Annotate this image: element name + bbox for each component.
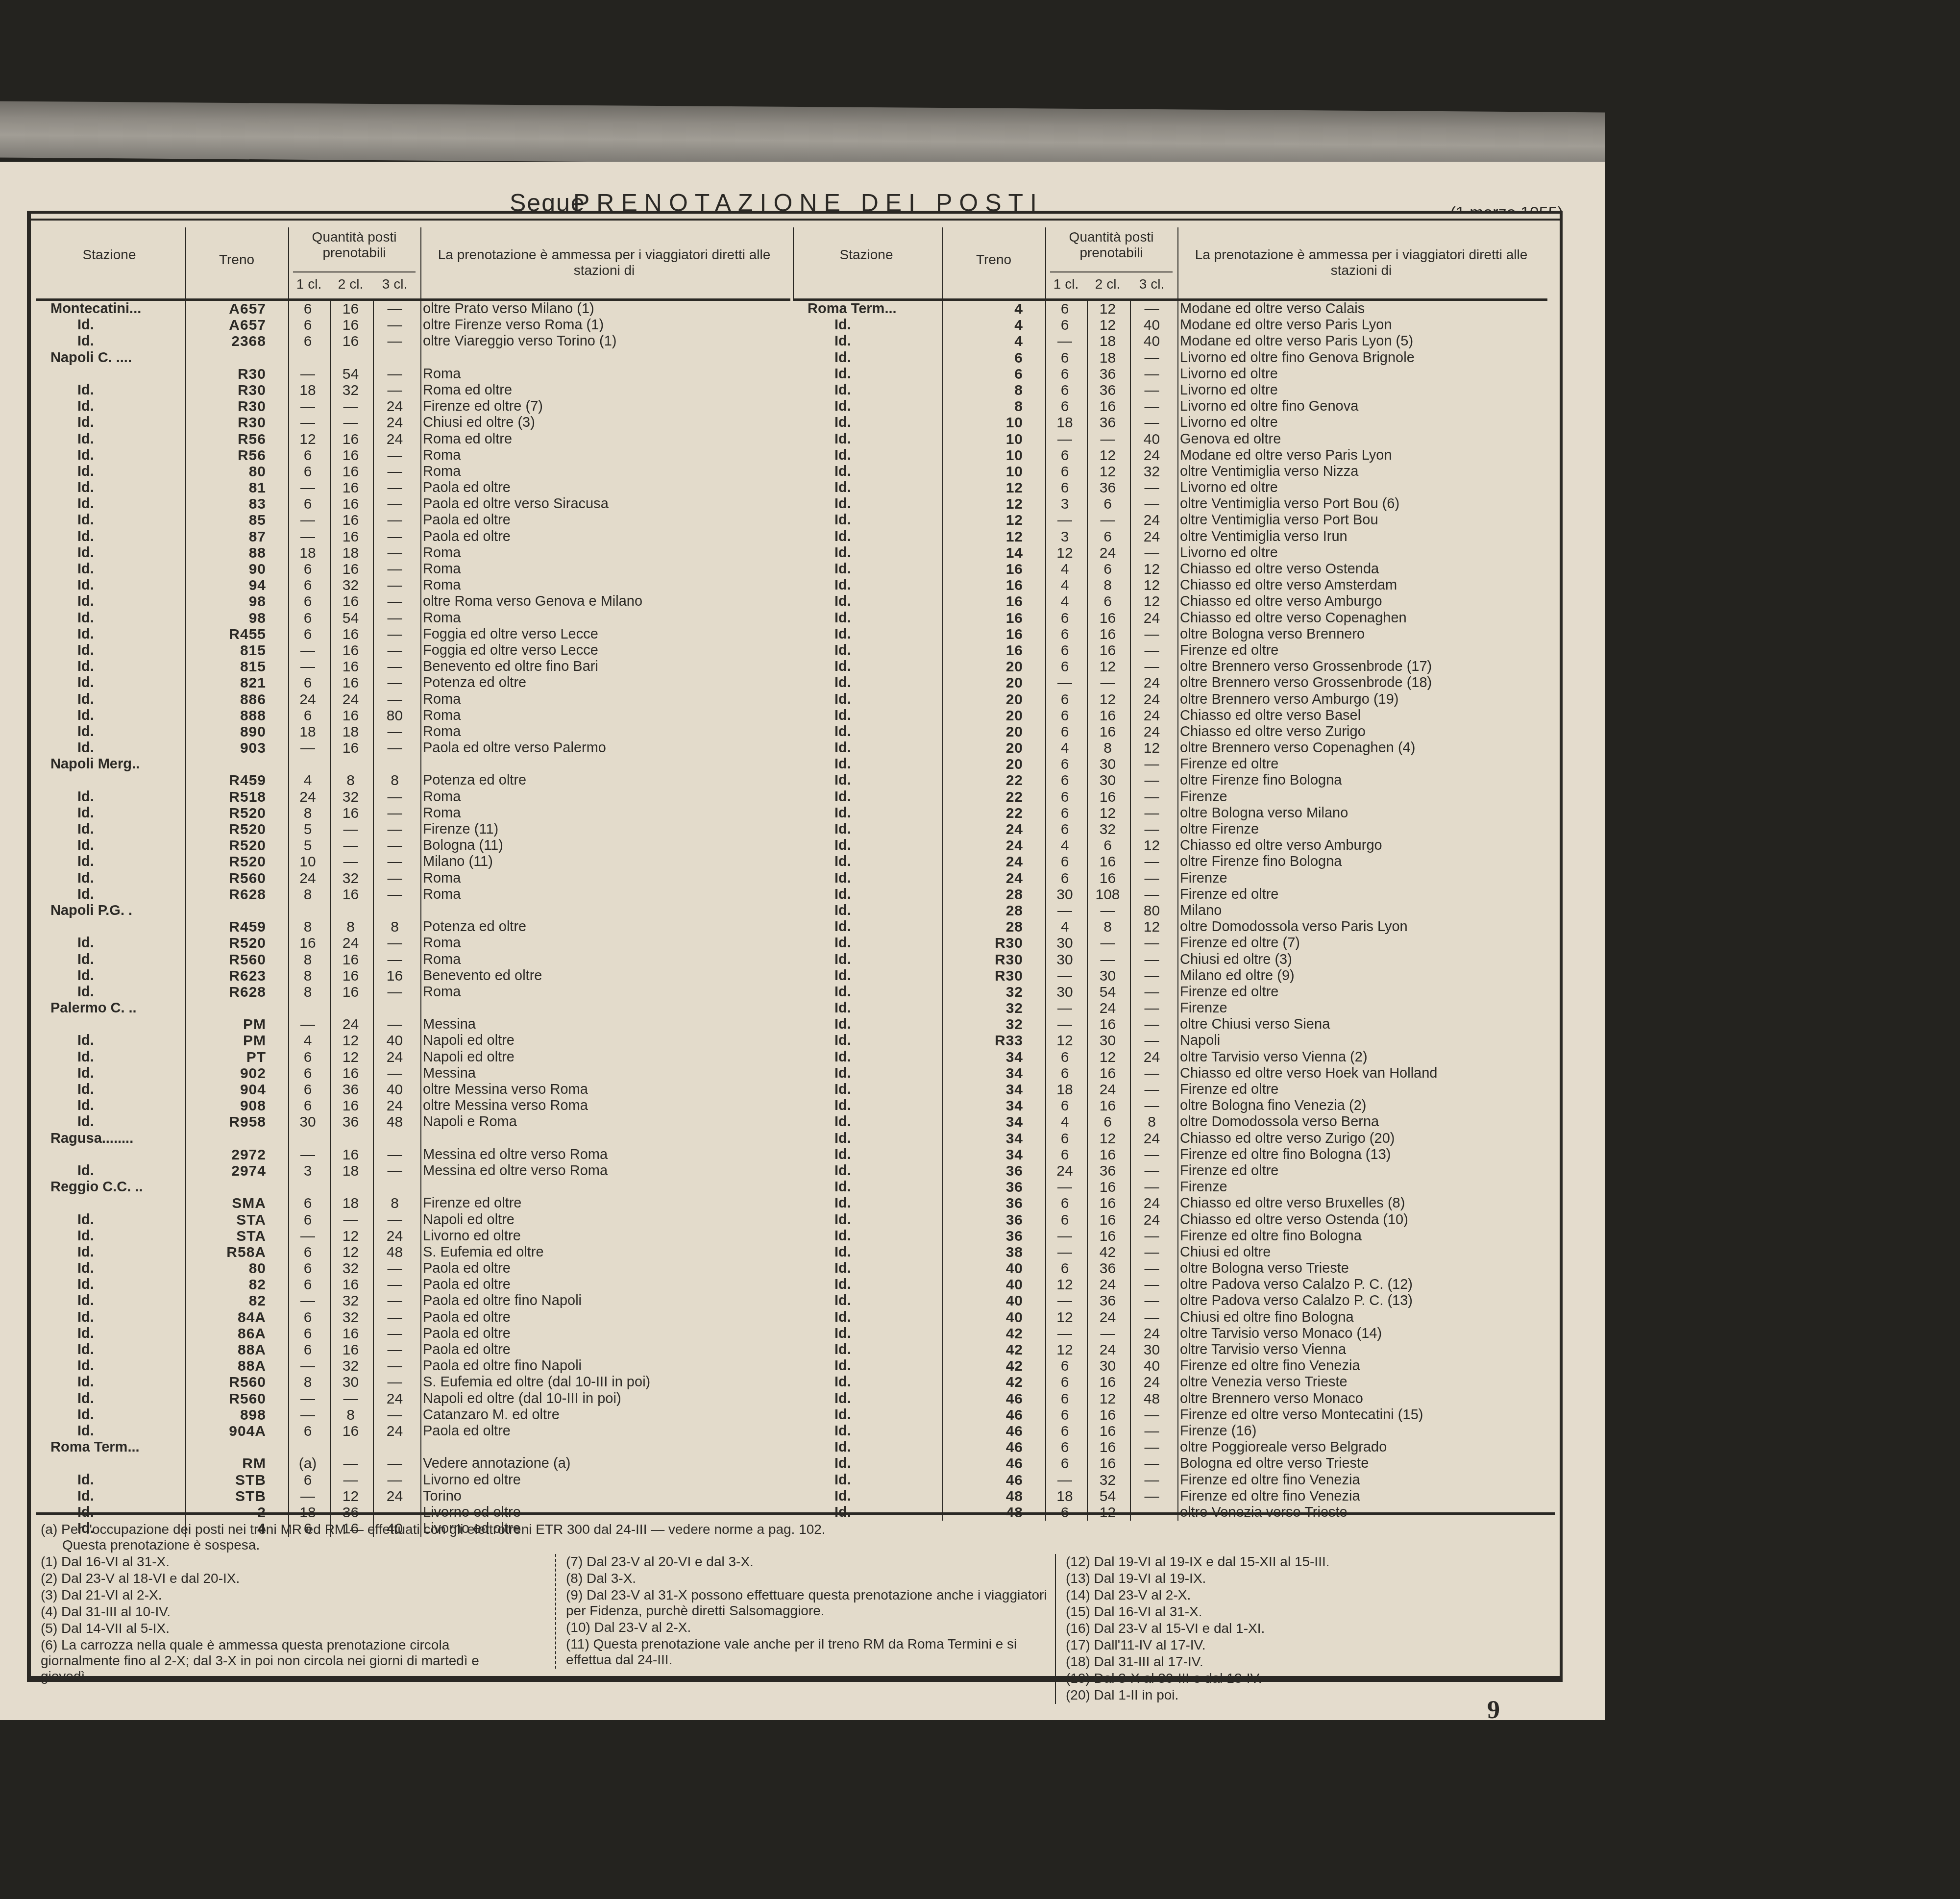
header-quantita: Quantità posti prenotabili	[291, 229, 418, 261]
destination-cell: Chiusi ed oltre (3)	[423, 415, 535, 431]
destination-cell: Firenze ed oltre	[423, 1195, 522, 1211]
second-class-cell: 12	[1087, 317, 1128, 333]
first-class-cell: 4	[1048, 740, 1082, 756]
table-row: Id.20612—oltre Brennero verso Grossenbro…	[793, 659, 1547, 675]
first-class-cell: —	[1048, 903, 1082, 919]
table-row: R30—54—Roma	[36, 366, 790, 382]
train-cell: 36	[1006, 1163, 1023, 1179]
destination-cell: Napoli ed oltre	[423, 1212, 514, 1228]
train-cell: 22	[1006, 805, 1023, 821]
third-class-cell: —	[374, 529, 416, 545]
second-class-cell: 18	[1087, 333, 1128, 349]
train-cell: 36	[1006, 1179, 1023, 1195]
destination-cell: oltre Brennero verso Grossenbrode (17)	[1180, 659, 1432, 675]
header-cl2: 2 cl.	[1087, 276, 1128, 292]
train-cell: 48	[1006, 1488, 1023, 1504]
table-row: Id.80632—Paola ed oltre	[36, 1260, 790, 1277]
third-class-cell: —	[374, 561, 416, 577]
first-class-cell: 6	[1048, 756, 1082, 772]
second-class-cell: 8	[330, 1407, 371, 1423]
destination-cell: oltre Bologna verso Trieste	[1180, 1260, 1349, 1277]
train-cell: R560	[229, 870, 266, 887]
destination-cell: Potenza ed oltre	[423, 772, 526, 789]
train-cell: 815	[240, 642, 266, 659]
destination-cell: oltre Viareggio verso Torino (1)	[423, 333, 616, 349]
destination-cell: Firenze ed oltre fino Venezia	[1180, 1472, 1360, 1488]
header-treno: Treno	[188, 252, 286, 268]
first-class-cell: 6	[1048, 366, 1082, 382]
table-row: Id.42——24oltre Tarvisio verso Monaco (14…	[793, 1326, 1547, 1342]
station-cell: Id.	[834, 1179, 851, 1195]
train-cell: 81	[249, 480, 266, 496]
third-class-cell: 24	[1131, 512, 1173, 528]
train-cell: 4	[1014, 333, 1023, 349]
destination-cell: oltre Firenze fino Bologna	[1180, 772, 1342, 789]
table-row: Id.815—16—Benevento ed oltre fino Bari	[36, 659, 790, 675]
third-class-cell: 24	[1131, 1374, 1173, 1390]
first-class-cell: —	[1048, 1244, 1082, 1260]
third-class-cell: —	[374, 1016, 416, 1033]
station-cell: Id.	[834, 1082, 851, 1098]
train-cell: 20	[1006, 740, 1023, 756]
station-cell: Id.	[834, 1472, 851, 1488]
station-cell: Id.	[834, 1277, 851, 1293]
station-cell: Id.	[77, 626, 94, 642]
train-cell: 46	[1006, 1391, 1023, 1407]
station-cell: Id.	[834, 919, 851, 935]
train-cell: 16	[1006, 642, 1023, 659]
first-class-cell: 3	[291, 1163, 325, 1179]
second-class-cell: 12	[1087, 447, 1128, 464]
station-cell: Napoli C. ....	[50, 350, 132, 366]
station-cell: Id.	[77, 984, 94, 1000]
first-class-cell: 5	[291, 821, 325, 838]
table-row: Id.R628816—Roma	[36, 887, 790, 903]
footnotes-column-2: (7) Dal 23-V al 20-VI e dal 3-X.(8) Dal …	[555, 1554, 1056, 1669]
destination-cell: Milano (11)	[423, 854, 493, 870]
station-cell: Id.	[834, 1309, 851, 1326]
train-cell: R30	[238, 366, 266, 382]
table-row: Id.4261624oltre Venezia verso Trieste	[793, 1374, 1547, 1390]
third-class-cell: 32	[1131, 464, 1173, 480]
second-class-cell: 24	[1087, 1000, 1128, 1016]
table-row: Id.2061624Chiasso ed oltre verso Zurigo	[793, 724, 1547, 740]
third-class-cell: —	[374, 333, 416, 349]
second-class-cell: 16	[330, 496, 371, 512]
table-row: Id.10——40Genova ed oltre	[793, 431, 1547, 447]
train-cell: 10	[1006, 431, 1023, 447]
destination-cell: Livorno ed oltre	[423, 1228, 521, 1244]
footnote: (3) Dal 21-VI al 2-X.	[41, 1587, 521, 1603]
third-class-cell: 24	[1131, 1212, 1173, 1228]
second-class-cell: 16	[330, 1065, 371, 1082]
station-cell: Id.	[77, 1082, 94, 1098]
second-class-cell: 16	[330, 317, 371, 333]
first-class-cell: 6	[1048, 398, 1082, 415]
third-class-cell: —	[374, 1065, 416, 1082]
table-row: Id.16616—oltre Bologna verso Brennero	[793, 626, 1547, 642]
destination-cell: oltre Bologna verso Milano	[1180, 805, 1348, 821]
station-cell: Id.	[834, 659, 851, 675]
third-class-cell: 48	[1131, 1391, 1173, 1407]
second-class-cell: 12	[1087, 464, 1128, 480]
second-class-cell: 16	[330, 887, 371, 903]
table-row: Id.R560830—S. Eufemia ed oltre (dal 10-I…	[36, 1374, 790, 1390]
station-cell: Id.	[77, 659, 94, 675]
destination-cell: Chiasso ed oltre verso Ostenda	[1180, 561, 1379, 577]
destination-cell: Livorno ed oltre	[1180, 415, 1278, 431]
destination-cell: Livorno ed oltre fino Genova Brignole	[1180, 350, 1415, 366]
second-class-cell: —	[330, 1391, 371, 1407]
table-row: Id.A657616—oltre Firenze verso Roma (1)	[36, 317, 790, 333]
destination-cell: Livorno ed oltre fino Genova	[1180, 398, 1358, 415]
destination-cell: Roma	[423, 366, 461, 382]
destination-cell: Paola ed oltre fino Napoli	[423, 1358, 582, 1374]
table-row: Id.82616—Paola ed oltre	[36, 1277, 790, 1293]
train-cell: 22	[1006, 772, 1023, 789]
station-cell: Id.	[834, 382, 851, 398]
station-cell: Id.	[834, 480, 851, 496]
third-class-cell: —	[374, 317, 416, 333]
train-cell: 28	[1006, 919, 1023, 935]
third-class-cell: —	[1131, 1407, 1173, 1423]
station-cell: Id.	[834, 740, 851, 756]
column-divider	[330, 301, 331, 1537]
table-row: Id.22616—Firenze	[793, 789, 1547, 805]
table-row: Id.46—32—Firenze ed oltre fino Venezia	[793, 1472, 1547, 1488]
station-cell: Id.	[834, 1342, 851, 1358]
first-class-cell: —	[1048, 1179, 1082, 1195]
table-row: Id.R5205——Firenze (11)	[36, 821, 790, 838]
station-cell: Id.	[834, 887, 851, 903]
table-row: Id.8616—Livorno ed oltre fino Genova	[793, 398, 1547, 415]
destination-cell: Roma	[423, 708, 461, 724]
second-class-cell: 30	[1087, 756, 1128, 772]
first-class-cell: 6	[291, 333, 325, 349]
station-cell: Id.	[834, 1114, 851, 1130]
second-class-cell: 32	[330, 382, 371, 398]
train-cell: 888	[240, 708, 266, 724]
second-class-cell: —	[330, 398, 371, 415]
table-row: Id.80616—Roma	[36, 464, 790, 480]
station-cell: Id.	[77, 968, 94, 984]
right-table-body: Roma Term...4612—Modane ed oltre verso C…	[793, 301, 1547, 1521]
first-class-cell: —	[1048, 1000, 1082, 1016]
table-row: Id.36—16—Firenze ed oltre fino Bologna	[793, 1228, 1547, 1244]
second-class-cell: 16	[1087, 724, 1128, 740]
destination-cell: Bologna ed oltre verso Trieste	[1180, 1455, 1369, 1472]
table-row: Id.38—42—Chiusi ed oltre	[793, 1244, 1547, 1260]
destination-cell: Foggia ed oltre verso Lecce	[423, 626, 598, 642]
second-class-cell: 12	[1087, 1391, 1128, 1407]
footnote: (20) Dal 1-II in poi.	[1066, 1687, 1556, 1703]
table-row: Id.STA6——Napoli ed oltre	[36, 1212, 790, 1228]
third-class-cell: —	[1131, 545, 1173, 561]
first-class-cell: —	[291, 398, 325, 415]
destination-cell: Roma	[423, 935, 461, 951]
train-cell: 902	[240, 1065, 266, 1082]
second-class-cell: 32	[330, 870, 371, 887]
first-class-cell: —	[1048, 1228, 1082, 1244]
second-class-cell: —	[330, 838, 371, 854]
train-cell: 898	[240, 1407, 266, 1423]
table-row: R459888Potenza ed oltre	[36, 919, 790, 935]
table-row: Id.881818—Roma	[36, 545, 790, 561]
destination-cell: oltre Poggioreale verso Belgrado	[1180, 1439, 1387, 1455]
second-class-cell: 24	[1087, 1342, 1128, 1358]
third-class-cell: —	[374, 1455, 416, 1472]
train-cell: 10	[1006, 415, 1023, 431]
station-cell: Id.	[77, 529, 94, 545]
table-row: Id.898—8—Catanzaro M. ed oltre	[36, 1407, 790, 1423]
destination-cell: Roma	[423, 561, 461, 577]
station-cell: Id.	[834, 642, 851, 659]
station-cell: Id.	[834, 496, 851, 512]
first-class-cell: (a)	[291, 1455, 325, 1472]
destination-cell: Livorno ed oltre	[1180, 545, 1278, 561]
station-cell: Id.	[834, 317, 851, 333]
second-class-cell: 16	[330, 1423, 371, 1439]
train-cell: PM	[243, 1033, 266, 1049]
third-class-cell: 24	[1131, 1195, 1173, 1211]
destination-cell: Chiasso ed oltre verso Copenaghen	[1180, 610, 1407, 626]
table-row: Id.R520816—Roma	[36, 805, 790, 821]
station-cell: Id.	[77, 1114, 94, 1130]
destination-cell: Paola ed oltre	[423, 1423, 511, 1439]
footnote: (5) Dal 14-VII al 5-IX.	[41, 1621, 521, 1636]
destination-cell: Roma ed oltre	[423, 431, 512, 447]
table-row: Id.1061232oltre Ventimiglia verso Nizza	[793, 464, 1547, 480]
station-cell: Id.	[834, 366, 851, 382]
train-cell: STB	[235, 1488, 266, 1504]
station-cell: Id.	[834, 1455, 851, 1472]
destination-cell: Roma	[423, 870, 461, 887]
table-row: Id.R3030——Firenze ed oltre (7)	[793, 935, 1547, 951]
second-class-cell: —	[1087, 903, 1128, 919]
page-stack-edge	[0, 101, 1605, 169]
table-row: Id.22612—oltre Bologna verso Milano	[793, 805, 1547, 821]
second-class-cell: 16	[330, 333, 371, 349]
train-cell: R30	[238, 415, 266, 431]
frame-bottom-rule	[31, 1676, 1560, 1679]
header-treno: Treno	[945, 252, 1043, 268]
destination-cell: oltre Firenze verso Roma (1)	[423, 317, 604, 333]
second-class-cell: —	[1087, 512, 1128, 528]
destination-cell: Firenze	[1180, 1179, 1227, 1195]
second-class-cell: 16	[1087, 642, 1128, 659]
second-class-cell: 12	[330, 1228, 371, 1244]
first-class-cell: 6	[1048, 789, 1082, 805]
destination-cell: Modane ed oltre verso Paris Lyon (5)	[1180, 333, 1413, 349]
table-row: Id.85—16—Paola ed oltre	[36, 512, 790, 528]
third-class-cell: —	[374, 887, 416, 903]
table-row: Id.903—16—Paola ed oltre verso Palermo	[36, 740, 790, 756]
train-cell: 46	[1006, 1455, 1023, 1472]
first-class-cell: 24	[1048, 1163, 1082, 1179]
first-class-cell: 30	[1048, 887, 1082, 903]
station-group-row: Roma Term...	[36, 1439, 790, 1455]
station-cell: Id.	[77, 838, 94, 854]
first-class-cell: 6	[1048, 1423, 1082, 1439]
table-row: Id.34616—Firenze ed oltre fino Bologna (…	[793, 1147, 1547, 1163]
table-row: Id.123624oltre Ventimiglia verso Irun	[793, 529, 1547, 545]
destination-cell: Roma	[423, 464, 461, 480]
first-class-cell: 6	[291, 317, 325, 333]
destination-cell: Roma	[423, 805, 461, 821]
header-quantita: Quantità posti prenotabili	[1048, 229, 1175, 261]
third-class-cell: —	[374, 724, 416, 740]
table-row: Id.88A616—Paola ed oltre	[36, 1342, 790, 1358]
first-class-cell: 6	[1048, 1407, 1082, 1423]
station-cell: Palermo C. ..	[50, 1000, 137, 1016]
station-cell: Id.	[834, 529, 851, 545]
train-cell: R56	[238, 431, 266, 447]
third-class-cell: —	[374, 805, 416, 821]
table-row: Id.341824—Firenze ed oltre	[793, 1082, 1547, 1098]
first-class-cell: —	[1048, 333, 1082, 349]
third-class-cell: 24	[1131, 447, 1173, 464]
table-row: Roma Term...4612—Modane ed oltre verso C…	[793, 301, 1547, 317]
first-class-cell: 6	[291, 1195, 325, 1211]
destination-cell: Livorno ed oltre	[1180, 382, 1278, 398]
third-class-cell: —	[374, 1374, 416, 1390]
station-cell: Id.	[77, 952, 94, 968]
second-class-cell: 54	[330, 610, 371, 626]
second-class-cell: 16	[330, 968, 371, 984]
station-group-row: Palermo C. ..	[36, 1000, 790, 1016]
second-class-cell: 36	[1087, 1163, 1128, 1179]
second-class-cell: 16	[1087, 1195, 1128, 1211]
third-class-cell: 24	[374, 1488, 416, 1504]
destination-cell: Livorno ed oltre	[423, 1472, 521, 1488]
first-class-cell: 6	[1048, 1439, 1082, 1455]
first-class-cell: —	[291, 1358, 325, 1374]
destination-cell: oltre Brennero verso Grossenbrode (18)	[1180, 675, 1432, 691]
table-row: Id.2368616—oltre Viareggio verso Torino …	[36, 333, 790, 349]
first-class-cell: 10	[291, 854, 325, 870]
second-class-cell: 16	[1087, 1065, 1128, 1082]
station-cell: Id.	[77, 675, 94, 691]
second-class-cell: 16	[330, 708, 371, 724]
station-cell: Id.	[77, 691, 94, 708]
first-class-cell: 6	[1048, 870, 1082, 887]
train-cell: 20	[1006, 756, 1023, 772]
first-class-cell: 4	[1048, 577, 1082, 593]
train-cell: 98	[249, 610, 266, 626]
third-class-cell: 24	[374, 415, 416, 431]
third-class-cell: —	[374, 1277, 416, 1293]
station-cell: Id.	[77, 577, 94, 593]
third-class-cell: —	[1131, 382, 1173, 398]
table-row: Id.16616—Firenze ed oltre	[793, 642, 1547, 659]
first-class-cell: 6	[1048, 642, 1082, 659]
first-class-cell: —	[291, 1293, 325, 1309]
third-class-cell: 48	[374, 1114, 416, 1130]
station-group-row: Napoli C. ....	[36, 350, 790, 366]
first-class-cell: —	[291, 512, 325, 528]
table-row: Id.4263040Firenze ed oltre fino Venezia	[793, 1358, 1547, 1374]
third-class-cell: 40	[374, 1033, 416, 1049]
train-cell: 20	[1006, 659, 1023, 675]
train-cell: 98	[249, 593, 266, 610]
station-cell: Id.	[77, 431, 94, 447]
destination-cell: Firenze ed oltre fino Bologna (13)	[1180, 1147, 1391, 1163]
table-row: Id.461240Modane ed oltre verso Paris Lyo…	[793, 317, 1547, 333]
second-class-cell: 8	[1087, 740, 1128, 756]
third-class-cell: 24	[1131, 691, 1173, 708]
third-class-cell: —	[374, 1309, 416, 1326]
train-cell: 88A	[238, 1358, 266, 1374]
second-class-cell: 16	[330, 593, 371, 610]
second-class-cell: 32	[330, 1260, 371, 1277]
third-class-cell: —	[374, 464, 416, 480]
third-class-cell: —	[1131, 805, 1173, 821]
second-class-cell: 12	[330, 1244, 371, 1260]
train-cell: R518	[229, 789, 266, 805]
third-class-cell: 24	[1131, 708, 1173, 724]
station-cell: Id.	[77, 821, 94, 838]
destination-cell: Firenze	[1180, 789, 1227, 805]
first-class-cell: —	[291, 1488, 325, 1504]
first-class-cell: 6	[291, 1309, 325, 1326]
table-row: Id.R30——24Firenze ed oltre (7)	[36, 398, 790, 415]
table-row: Id.164612Chiasso ed oltre verso Ostenda	[793, 561, 1547, 577]
third-class-cell: —	[374, 642, 416, 659]
table-row: Id.81—16—Paola ed oltre	[36, 480, 790, 496]
first-class-cell: 6	[1048, 626, 1082, 642]
train-cell: 4	[1014, 317, 1023, 333]
first-class-cell: 6	[1048, 382, 1082, 398]
footnote: (9) Dal 23-V al 31-X possono effettuare …	[566, 1587, 1056, 1619]
train-cell: 87	[249, 529, 266, 545]
destination-cell: oltre Brennero verso Monaco	[1180, 1391, 1363, 1407]
second-class-cell: 12	[330, 1049, 371, 1065]
second-class-cell: 12	[1087, 301, 1128, 317]
station-cell: Roma Term...	[808, 301, 897, 317]
third-class-cell: —	[1131, 1423, 1173, 1439]
destination-cell: Firenze ed oltre	[1180, 756, 1279, 772]
second-class-cell: 32	[330, 1293, 371, 1309]
destination-cell: Paola ed oltre verso Siracusa	[423, 496, 609, 512]
second-class-cell: 12	[1087, 805, 1128, 821]
third-class-cell: —	[374, 577, 416, 593]
train-cell: 890	[240, 724, 266, 740]
table-row: Id.R5205——Bologna (11)	[36, 838, 790, 854]
third-class-cell: 80	[1131, 903, 1173, 919]
table-row: Id.6636—Livorno ed oltre	[793, 366, 1547, 382]
table-row: Id.3661624Chiasso ed oltre verso Bruxell…	[793, 1195, 1547, 1211]
table-row: Id.481854—Firenze ed oltre fino Venezia	[793, 1488, 1547, 1504]
destination-cell: oltre Bologna fino Venezia (2)	[1180, 1098, 1366, 1114]
footnote: (4) Dal 31-III al 10-IV.	[41, 1604, 521, 1620]
station-cell: Id.	[77, 317, 94, 333]
third-class-cell: —	[1131, 1033, 1173, 1049]
third-class-cell: —	[374, 1358, 416, 1374]
destination-cell: Firenze ed oltre verso Montecatini (15)	[1180, 1407, 1423, 1423]
third-class-cell: —	[1131, 366, 1173, 382]
table-row: Id.24616—Firenze	[793, 870, 1547, 887]
footnote: (8) Dal 3-X.	[566, 1571, 1056, 1586]
table-row: Id.164612Chiasso ed oltre verso Amburgo	[793, 593, 1547, 610]
second-class-cell: 16	[1087, 1228, 1128, 1244]
first-class-cell: 6	[291, 1423, 325, 1439]
first-class-cell: 4	[1048, 561, 1082, 577]
third-class-cell: 24	[1131, 1049, 1173, 1065]
station-cell: Id.	[834, 1065, 851, 1082]
destination-cell: Firenze ed oltre	[1180, 1082, 1279, 1098]
station-cell: Id.	[834, 870, 851, 887]
station-cell: Id.	[77, 593, 94, 610]
